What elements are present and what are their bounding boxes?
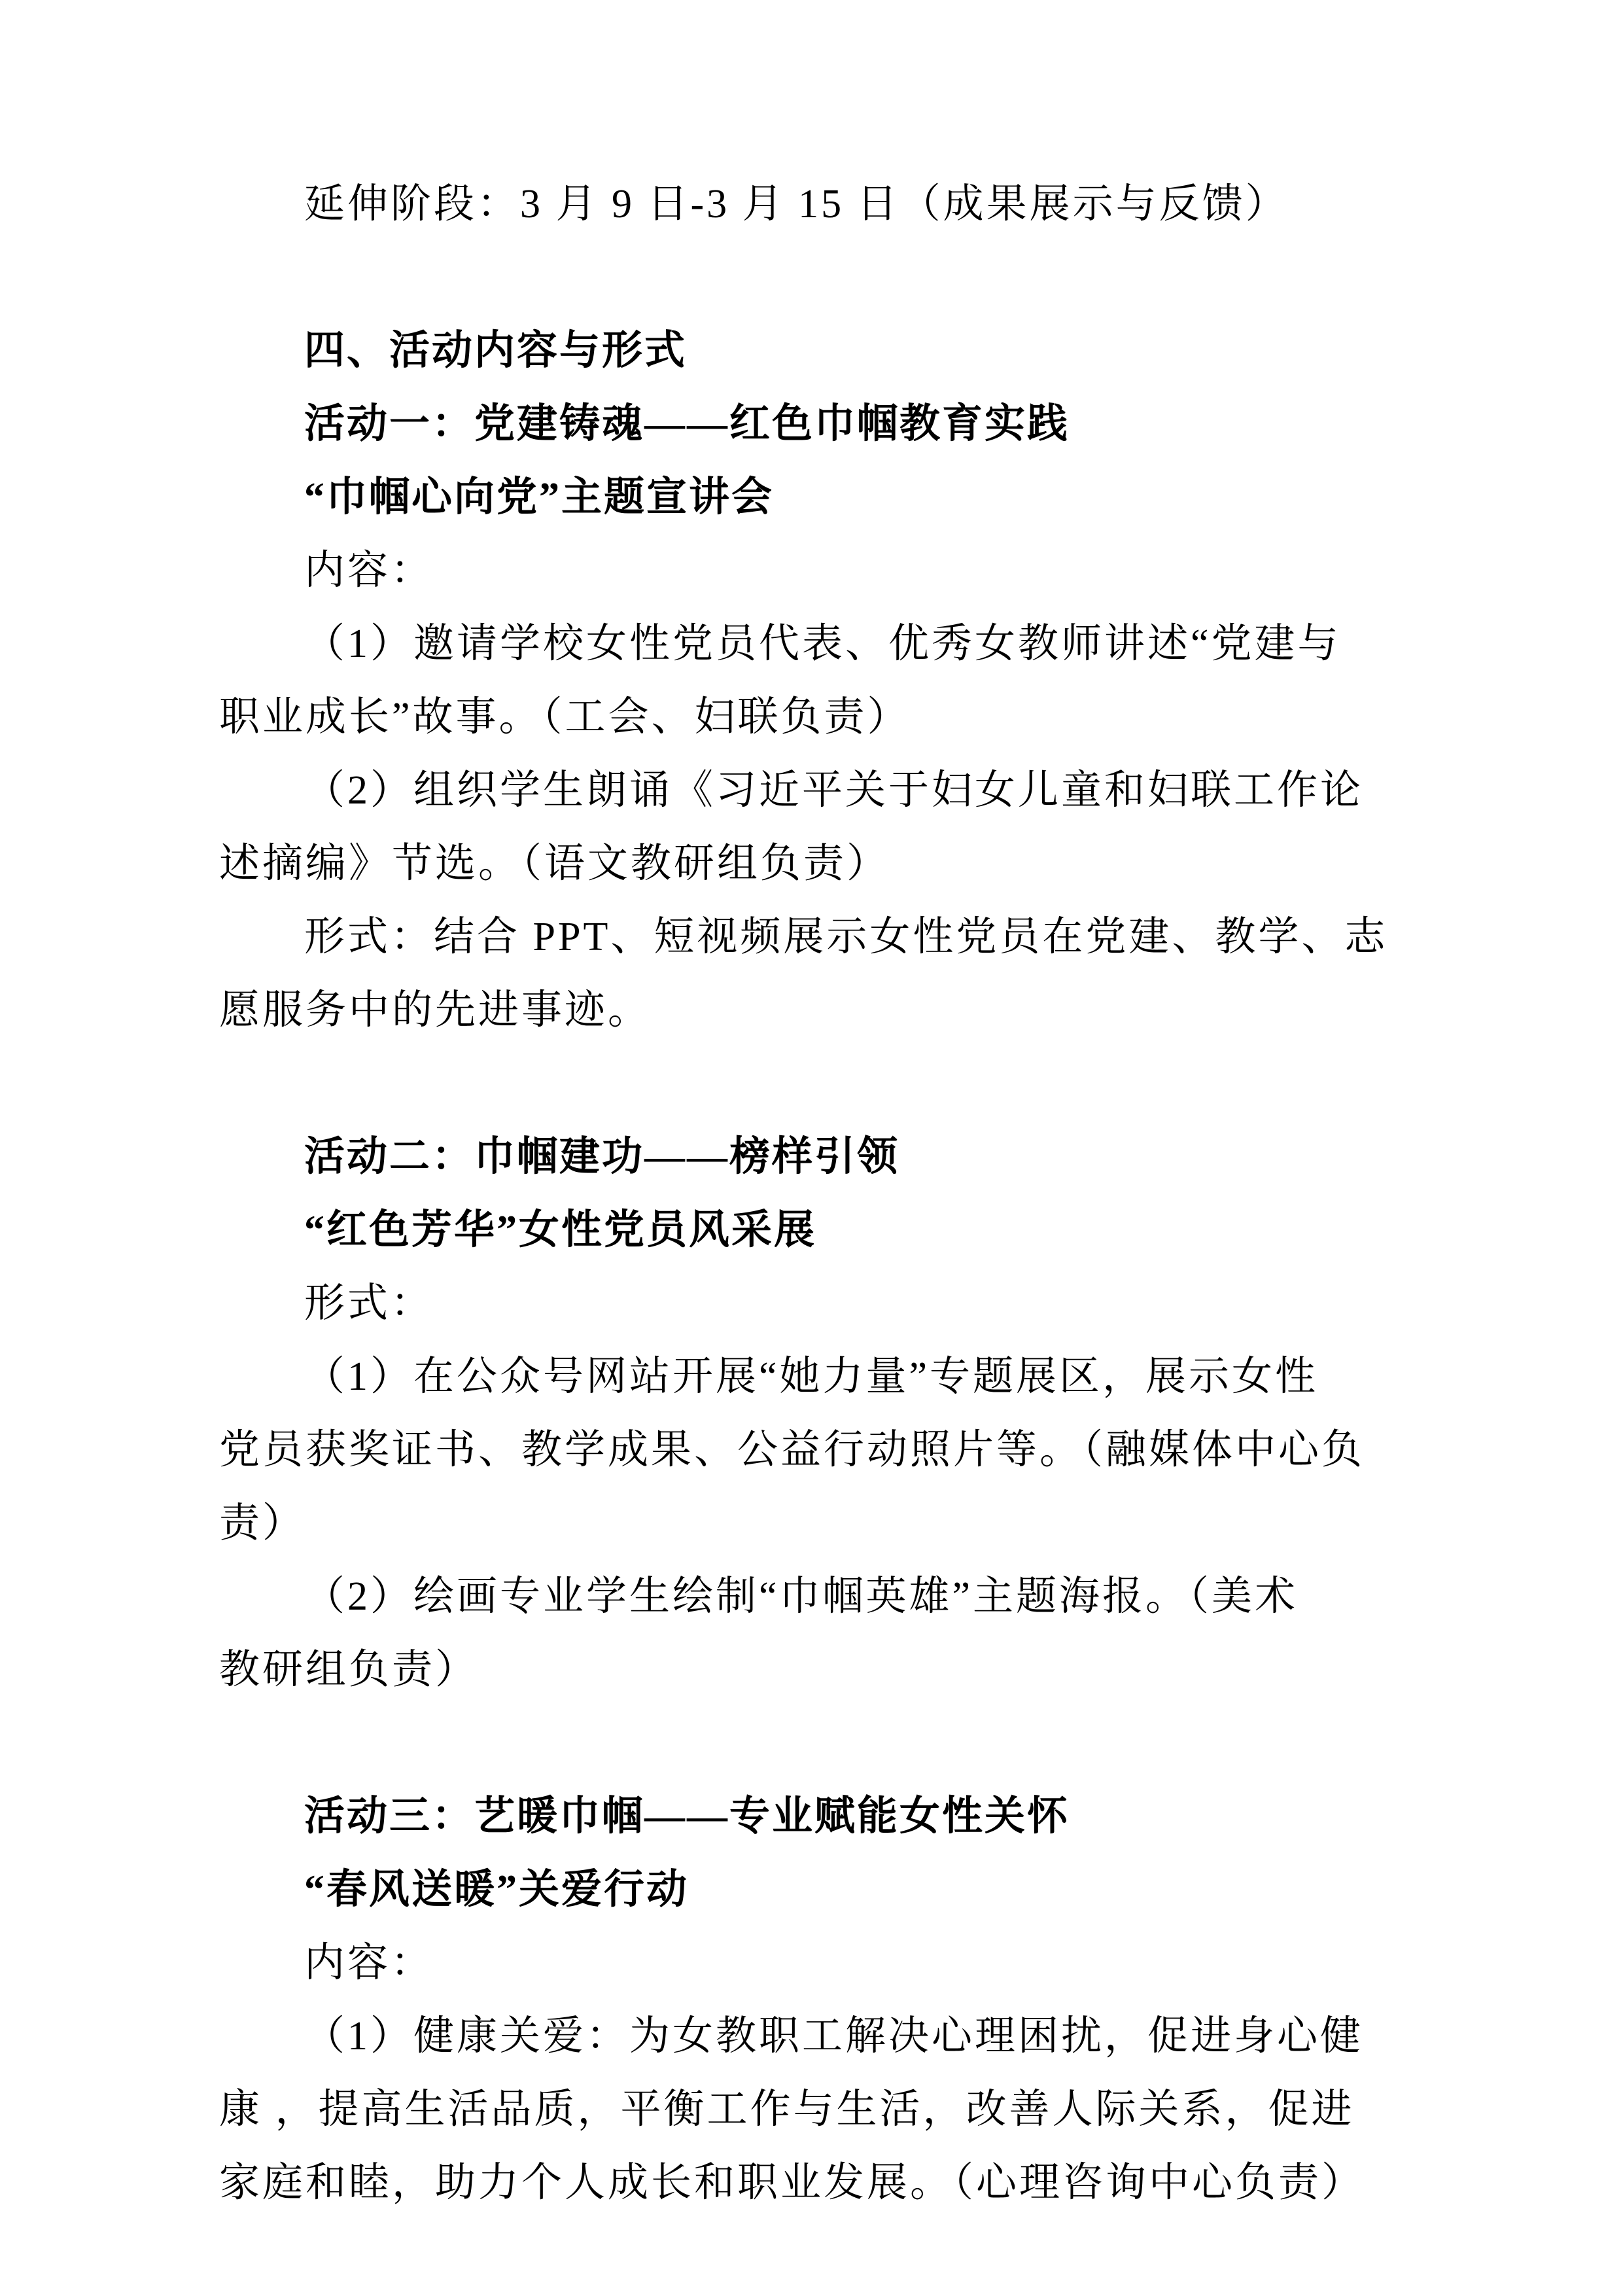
activity-2-item-1-line-1: （1）在公众号网站开展“她力量”专题展区，展示女性 [219,1340,1429,1413]
doc-line-extension-phase: 延伸阶段：3 月 9 日-3 月 15 日（成果展示与反馈） [219,168,1429,241]
activity-2-subtitle: “红色芳华”女性党员风采展 [219,1193,1429,1267]
activity-2-item-2-line-1: （2）绘画专业学生绘制“巾帼英雄”主题海报。（美术 [219,1560,1429,1633]
activity-3-subtitle: “春风送暖”关爱行动 [219,1853,1429,1926]
activity-1-content-label: 内容： [219,534,1429,607]
blank-line [219,1047,1429,1120]
activity-1-form-line-2: 愿服务中的先进事迹。 [219,974,1429,1047]
activity-2-form-label: 形式： [219,1267,1429,1340]
activity-3-title: 活动三：艺暖巾帼——专业赋能女性关怀 [219,1780,1429,1853]
activity-2-item-1-line-3: 责） [219,1487,1429,1560]
section-heading-4: 四、活动内容与形式 [219,314,1429,387]
activity-3-item-1-line-3: 家庭和睦，助力个人成长和职业发展。（心理咨询中心负责） [219,2146,1429,2219]
activity-3-item-1-line-1: （1）健康关爱：为女教职工解决心理困扰，促进身心健 [219,2000,1429,2073]
activity-1-title: 活动一：党建铸魂——红色巾帼教育实践 [219,387,1429,461]
activity-2-item-2-line-2: 教研组负责） [219,1633,1429,1706]
blank-line [219,241,1429,314]
activity-1-item-1-line-1: （1）邀请学校女性党员代表、优秀女教师讲述“党建与 [219,607,1429,680]
activity-3-content-label: 内容： [219,1926,1429,2000]
activity-1-form-line-1: 形式：结合 PPT、短视频展示女性党员在党建、教学、志 [219,900,1429,974]
activity-1-subtitle: “巾帼心向党”主题宣讲会 [219,461,1429,534]
activity-1-item-1-line-2: 职业成长”故事。（工会、妇联负责） [219,680,1429,754]
blank-line [219,1706,1429,1780]
activity-2-title: 活动二：巾帼建功——榜样引领 [219,1120,1429,1193]
activity-2-item-1-line-2: 党员获奖证书、教学成果、公益行动照片等。（融媒体中心负 [219,1413,1429,1487]
activity-3-item-1-line-2: 康 ，提高生活品质，平衡工作与生活，改善人际关系，促进 [219,2073,1429,2146]
activity-1-item-2-line-1: （2）组织学生朗诵《习近平关于妇女儿童和妇联工作论 [219,754,1429,827]
document-page: 延伸阶段：3 月 9 日-3 月 15 日（成果展示与反馈） 四、活动内容与形式… [0,0,1623,2296]
activity-1-item-2-line-2: 述摘编》节选。（语文教研组负责） [219,827,1429,900]
document-body: 延伸阶段：3 月 9 日-3 月 15 日（成果展示与反馈） 四、活动内容与形式… [219,168,1429,2219]
